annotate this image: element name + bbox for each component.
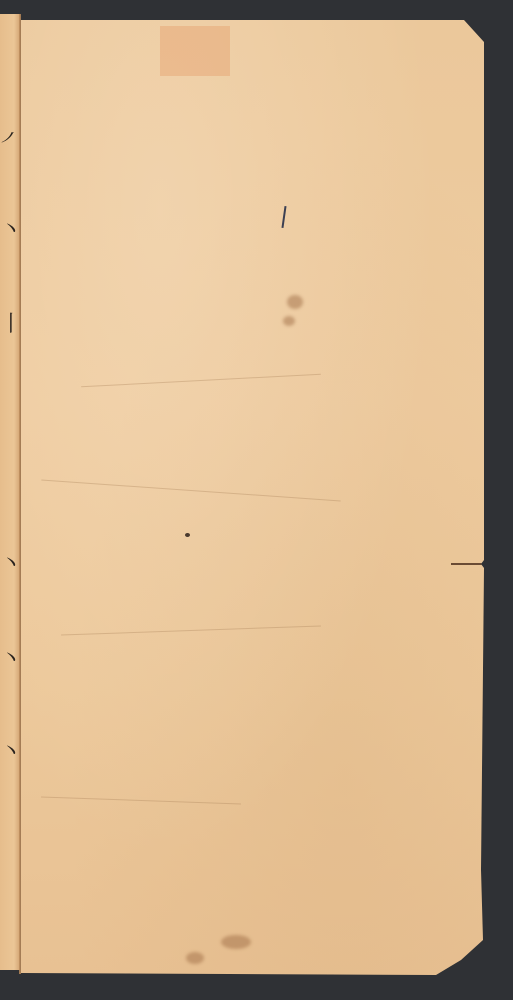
- paper-crease: [81, 374, 321, 388]
- paper-crease: [41, 480, 340, 502]
- faded-seal-stamp: [160, 26, 230, 76]
- paper-crease: [41, 797, 241, 805]
- adjacent-page-edge: ㇒ 丶 丨 丶 丶 丶: [0, 14, 20, 970]
- edge-tear: [451, 563, 484, 565]
- paper-crease: [61, 625, 321, 635]
- binding-fold: [19, 14, 21, 974]
- stain-spot: [186, 952, 204, 964]
- ink-dot: [185, 533, 190, 537]
- pen-mark: [281, 206, 286, 228]
- stain-spot: [287, 295, 303, 309]
- stain-spot: [283, 316, 295, 326]
- stain-spot: [221, 935, 251, 949]
- blank-page: [21, 20, 484, 975]
